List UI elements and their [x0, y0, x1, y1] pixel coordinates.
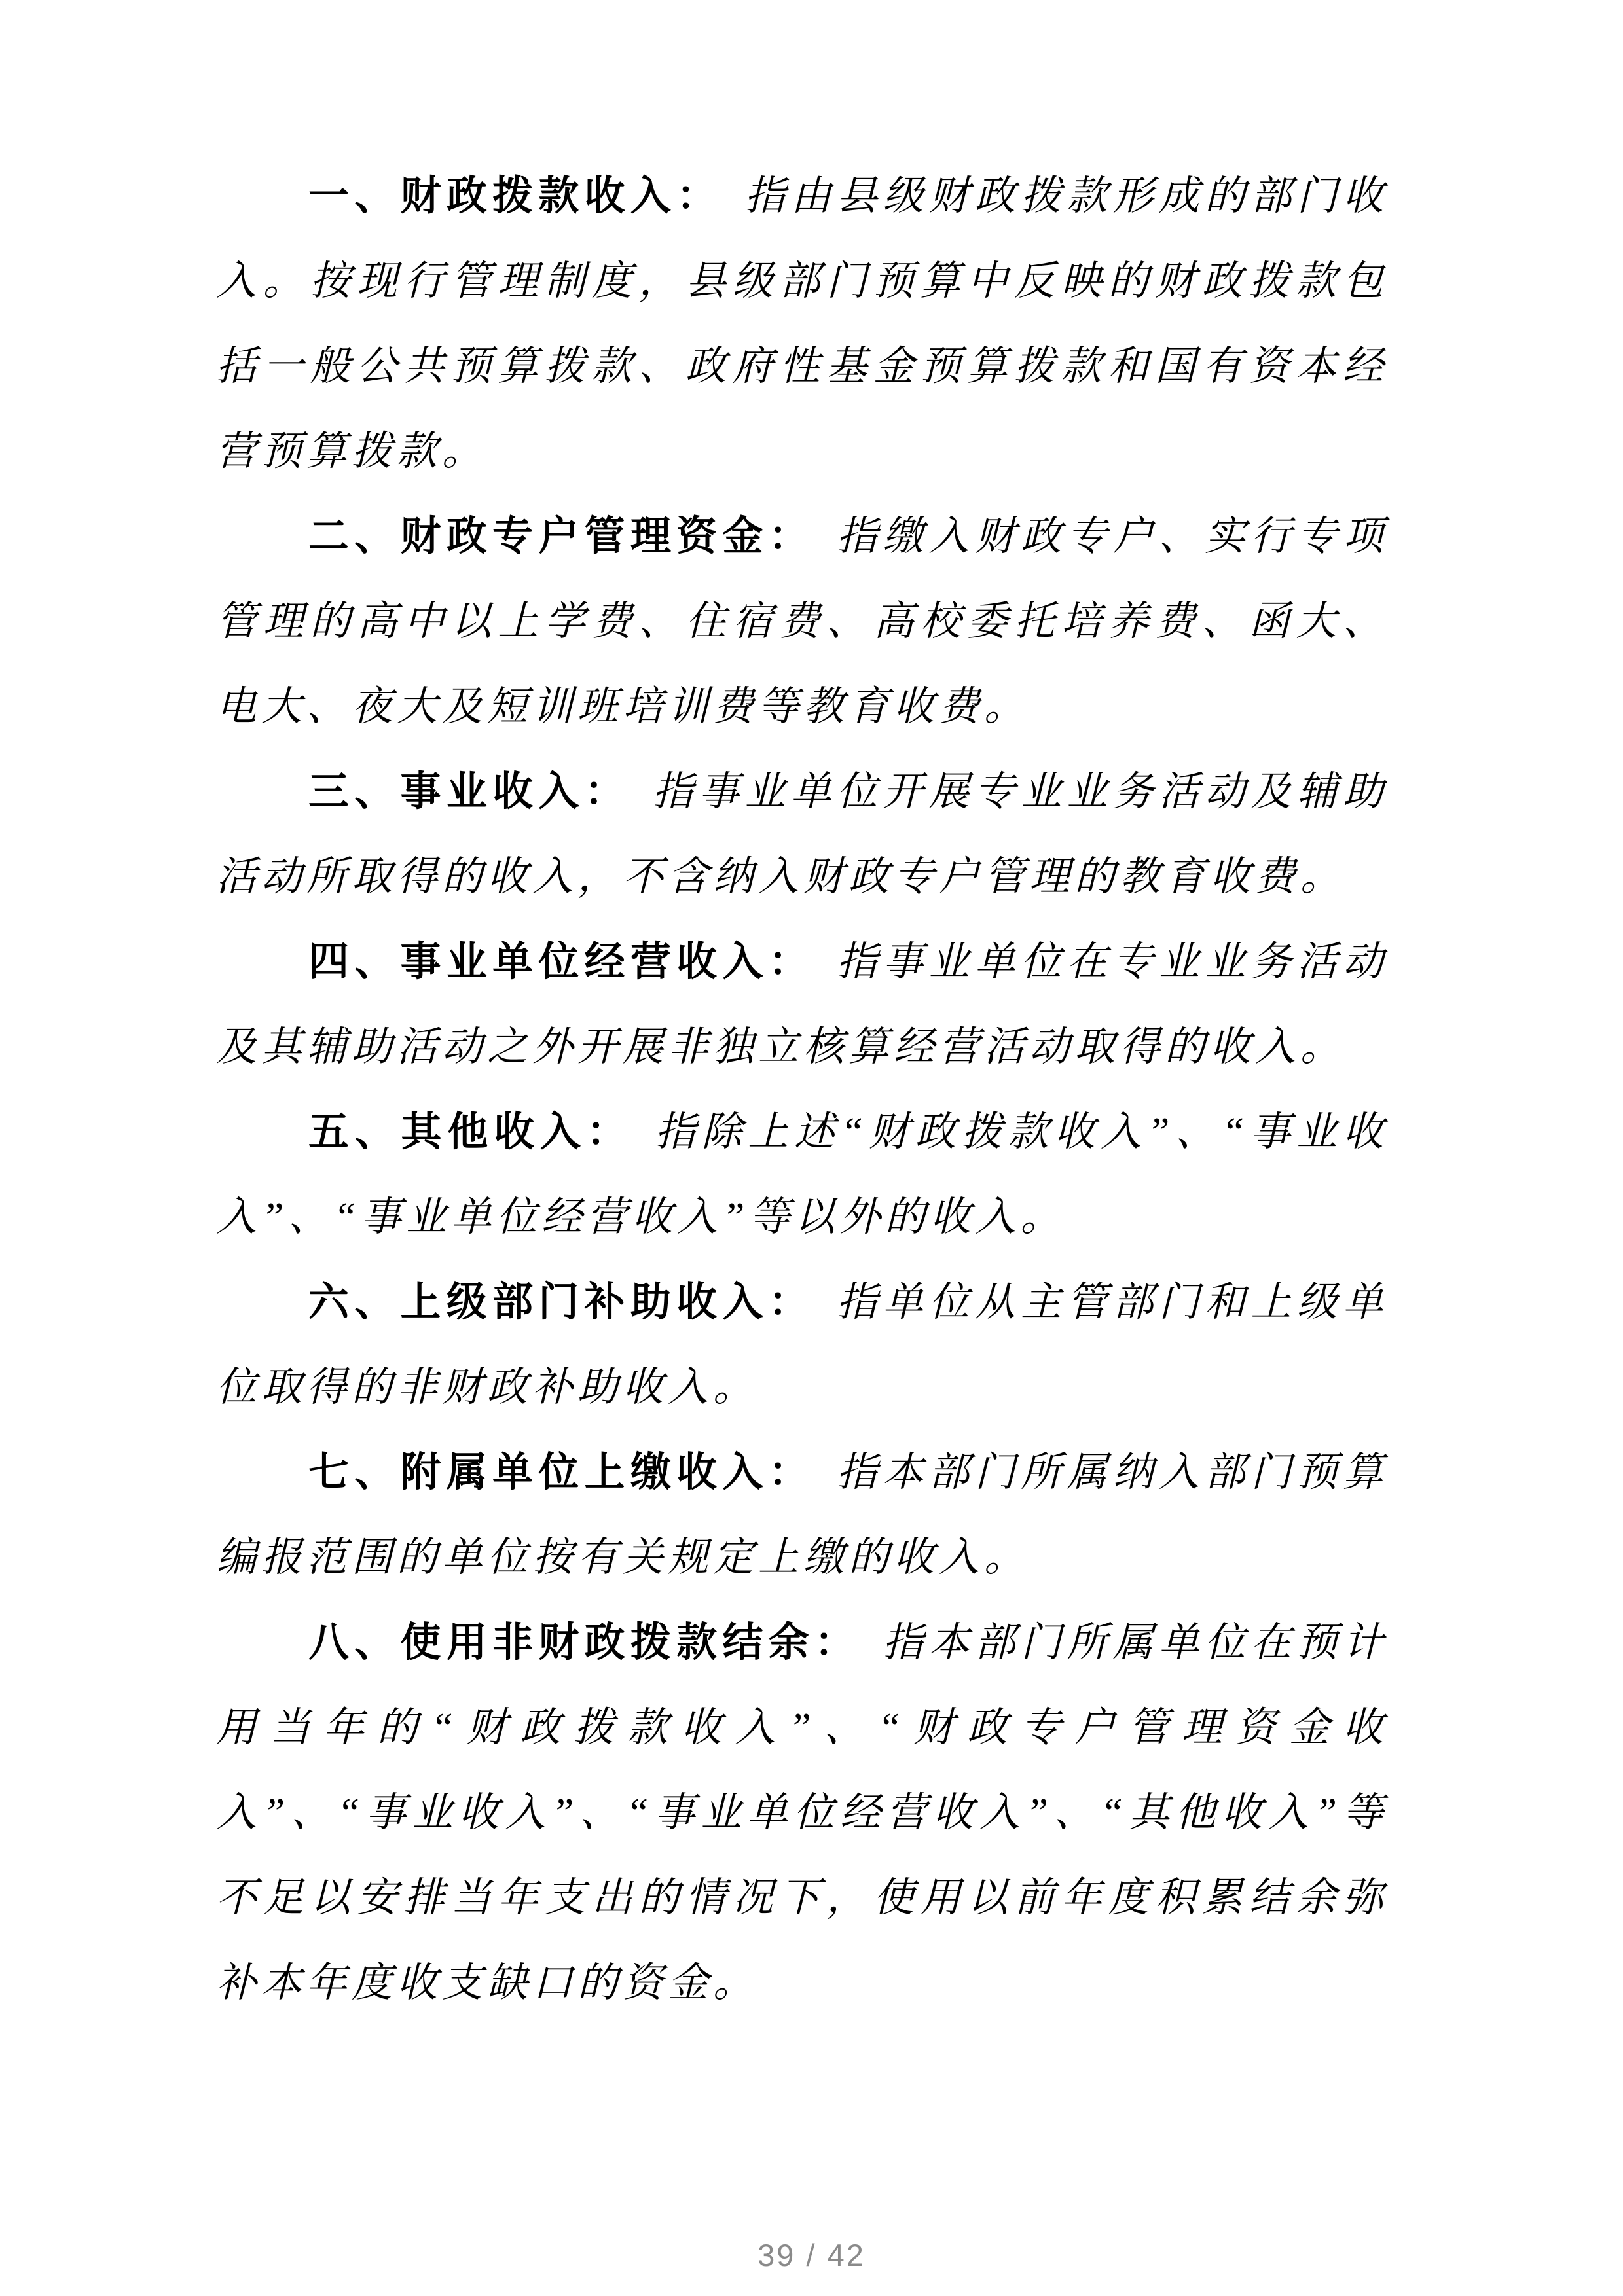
- definition-paragraph-5: 五、其他收入：指除上述“财政拨款收入”、“事业收入”、“事业单位经营收入”等以外…: [216, 1090, 1388, 1260]
- definition-term-4: 四、事业单位经营收入：: [308, 939, 814, 984]
- definition-term-2: 二、财政专户管理资金：: [308, 514, 814, 559]
- definition-term-6: 六、上级部门补助收入：: [308, 1280, 814, 1325]
- definition-term-8: 八、使用非财政拨款结余：: [308, 1620, 860, 1665]
- definition-paragraph-3: 三、事业收入：指事业单位开展专业业务活动及辅助活动所取得的收入，不含纳入财政专户…: [216, 749, 1388, 920]
- definition-text-1: 指由县级财政拨款形成的部门收入。按现行管理制度，县级部门预算中反映的财政拨款包括…: [216, 174, 1388, 474]
- definition-term-1: 一、财政拨款收入：: [308, 173, 722, 219]
- document-page: 一、财政拨款收入：指由县级财政拨款形成的部门收入。按现行管理制度，县级部门预算中…: [0, 0, 1623, 2296]
- definition-text-8: 指本部门所属单位在预计用当年的“财政拨款收入”、“财政专户管理资金收入”、“事业…: [216, 1621, 1388, 2005]
- definition-paragraph-7: 七、附属单位上缴收入：指本部门所属纳入部门预算编报范围的单位按有关规定上缴的收入…: [216, 1430, 1388, 1600]
- definition-paragraph-1: 一、财政拨款收入：指由县级财政拨款形成的部门收入。按现行管理制度，县级部门预算中…: [216, 154, 1388, 494]
- definition-paragraph-4: 四、事业单位经营收入：指事业单位在专业业务活动及其辅助活动之外开展非独立核算经营…: [216, 920, 1388, 1090]
- definition-paragraph-6: 六、上级部门补助收入：指单位从主管部门和上级单位取得的非财政补助收入。: [216, 1260, 1388, 1430]
- definition-term-3: 三、事业收入：: [308, 769, 630, 814]
- definition-paragraph-8: 八、使用非财政拨款结余：指本部门所属单位在预计用当年的“财政拨款收入”、“财政专…: [216, 1600, 1388, 2026]
- page-number: 39 / 42: [0, 2237, 1623, 2273]
- document-body: 一、财政拨款收入：指由县级财政拨款形成的部门收入。按现行管理制度，县级部门预算中…: [216, 154, 1388, 2026]
- definition-paragraph-2: 二、财政专户管理资金：指缴入财政专户、实行专项管理的高中以上学费、住宿费、高校委…: [216, 494, 1388, 749]
- definition-term-5: 五、其他收入：: [308, 1109, 633, 1155]
- definition-term-7: 七、附属单位上缴收入：: [308, 1450, 814, 1495]
